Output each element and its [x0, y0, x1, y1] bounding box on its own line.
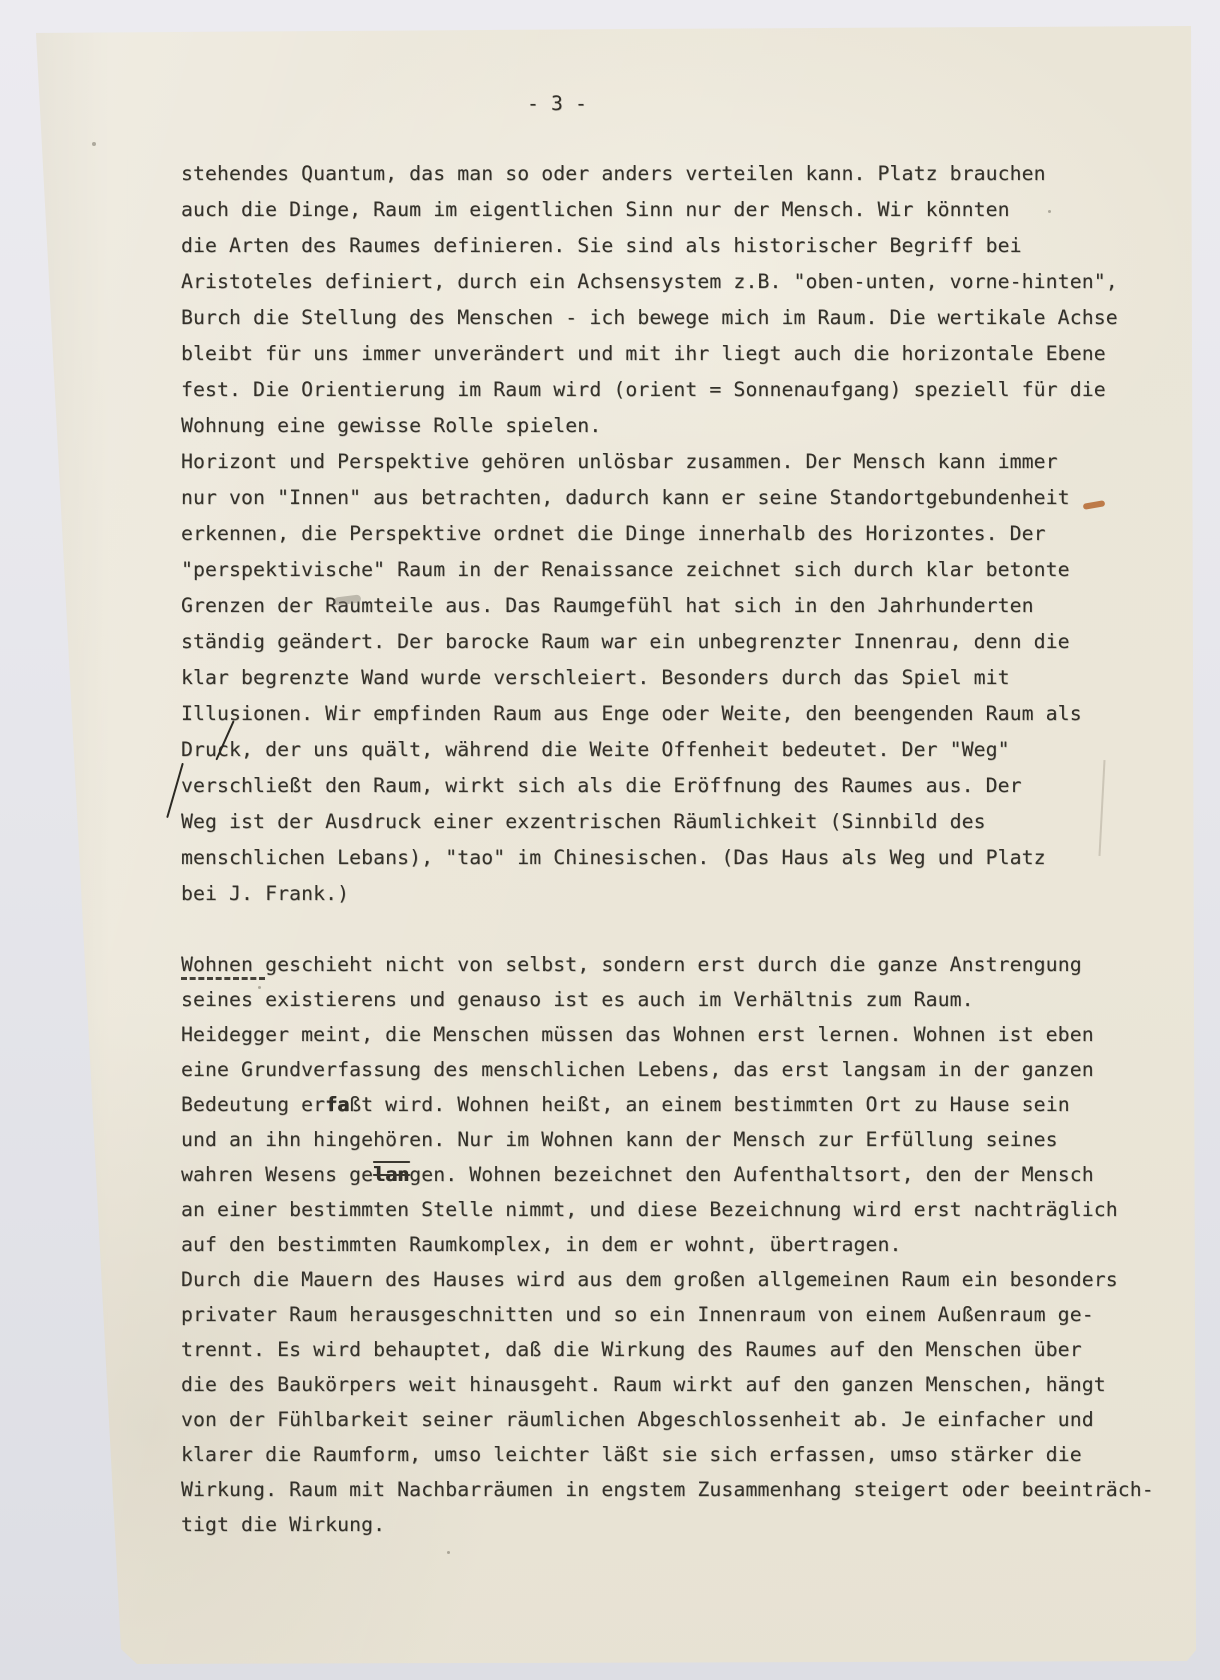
text-segment: auf den bestimmten Raumkomplex, in dem e…	[181, 1233, 902, 1256]
text-segment: auch die Dinge, Raum im eigentlichen Sin…	[181, 198, 1010, 221]
text-line: Horizont und Perspektive gehören unlösba…	[181, 444, 1118, 480]
text-line: auch die Dinge, Raum im eigentlichen Sin…	[181, 192, 1118, 228]
text-segment: tigt die Wirkung.	[181, 1513, 385, 1536]
text-segment: menschlichen Lebans), "tao" im Chinesisc…	[181, 846, 1046, 869]
text-segment: Illusionen. Wir empfinden Raum aus Enge …	[181, 702, 1082, 725]
paragraph-raum: stehendes Quantum, das man so oder ander…	[181, 156, 1118, 912]
text-segment: gen. Wohnen bezeichnet den Aufenthaltsor…	[409, 1163, 1094, 1186]
text-line: klarer die Raumform, umso leichter läßt …	[181, 1437, 1154, 1472]
text-segment: bei J. Frank.)	[181, 882, 349, 905]
text-segment: seines existierens und genauso ist es au…	[181, 988, 974, 1011]
text-line: die Arten des Raumes definieren. Sie sin…	[181, 228, 1118, 264]
text-line: nur von "Innen" aus betrachten, dadurch …	[181, 480, 1118, 516]
text-segment: Durch die Mauern des Hauses wird aus dem…	[181, 1268, 1118, 1291]
scanner-background: - 3 - stehendes Quantum, das man so oder…	[0, 0, 1220, 1680]
text-line: menschlichen Lebans), "tao" im Chinesisc…	[181, 840, 1118, 876]
text-segment: nur von "Innen" aus betrachten, dadurch …	[181, 486, 1070, 509]
paragraph-wohnen: Wohnen geschieht nicht von selbst, sonde…	[181, 947, 1154, 1542]
text-segment: ßt wird. Wohnen heißt, an einem bestimmt…	[349, 1093, 1070, 1116]
text-segment: fest. Die Orientierung im Raum wird (ori…	[181, 378, 1106, 401]
text-line: klar begrenzte Wand wurde verschleiert. …	[181, 660, 1118, 696]
text-line: verschließt den Raum, wirkt sich als die…	[181, 768, 1118, 804]
text-segment: Wirkung. Raum mit Nachbarräumen in engst…	[181, 1478, 1154, 1501]
text-line: die des Baukörpers weit hinausgeht. Raum…	[181, 1367, 1154, 1402]
text-line: "perspektivische" Raum in der Renaissanc…	[181, 552, 1118, 588]
text-line: Wohnen geschieht nicht von selbst, sonde…	[181, 947, 1154, 982]
text-line: Bedeutung erfaßt wird. Wohnen heißt, an …	[181, 1087, 1154, 1122]
text-line: stehendes Quantum, das man so oder ander…	[181, 156, 1118, 192]
text-line: Druck, der uns quält, während die Weite …	[181, 732, 1118, 768]
text-segment: bleibt für uns immer unverändert und mit…	[181, 342, 1106, 365]
text-line: bleibt für uns immer unverändert und mit…	[181, 336, 1118, 372]
text-segment: trennt. Es wird behauptet, daß die Wirku…	[181, 1338, 1082, 1361]
page-number: - 3 -	[527, 90, 587, 118]
marked-text-segment: lan	[373, 1163, 409, 1186]
text-segment: Aristoteles definiert, durch ein Achsens…	[181, 270, 1118, 293]
text-segment: geschieht nicht von selbst, sondern erst…	[265, 953, 1082, 976]
document-page: - 3 - stehendes Quantum, das man so oder…	[0, 0, 1220, 1680]
text-line: wahren Wesens gelangen. Wohnen bezeichne…	[181, 1157, 1154, 1192]
text-line: trennt. Es wird behauptet, daß die Wirku…	[181, 1332, 1154, 1367]
text-segment: eine Grundverfassung des menschlichen Le…	[181, 1058, 1094, 1081]
text-segment: ständig geändert. Der barocke Raum war e…	[181, 630, 1070, 653]
text-line: fest. Die Orientierung im Raum wird (ori…	[181, 372, 1118, 408]
text-segment: klarer die Raumform, umso leichter läßt …	[181, 1443, 1082, 1466]
text-line: seines existierens und genauso ist es au…	[181, 982, 1154, 1017]
text-segment: Wohnung eine gewisse Rolle spielen.	[181, 414, 601, 437]
text-line: Aristoteles definiert, durch ein Achsens…	[181, 264, 1118, 300]
text-segment: Heidegger meint, die Menschen müssen das…	[181, 1023, 1094, 1046]
text-segment: Druck, der uns quält, während die Weite …	[181, 738, 1010, 761]
marked-text-segment: fa	[325, 1093, 349, 1116]
text-line: tigt die Wirkung.	[181, 1507, 1154, 1542]
text-line: an einer bestimmten Stelle nimmt, und di…	[181, 1192, 1154, 1227]
text-segment: und an ihn hingehören. Nur im Wohnen kan…	[181, 1128, 1058, 1151]
text-line: bei J. Frank.)	[181, 876, 1118, 912]
text-segment: von der Fühlbarkeit seiner räumlichen Ab…	[181, 1408, 1094, 1431]
paper-speck	[258, 986, 261, 989]
text-segment: privater Raum herausgeschnitten und so e…	[181, 1303, 1094, 1326]
text-segment: verschließt den Raum, wirkt sich als die…	[181, 774, 1022, 797]
text-line: Illusionen. Wir empfinden Raum aus Enge …	[181, 696, 1118, 732]
text-line: von der Fühlbarkeit seiner räumlichen Ab…	[181, 1402, 1154, 1437]
marked-text-segment: Wohnen	[181, 953, 265, 980]
text-segment: klar begrenzte Wand wurde verschleiert. …	[181, 666, 1010, 689]
text-segment: an einer bestimmten Stelle nimmt, und di…	[181, 1198, 1118, 1221]
text-segment: die des Baukörpers weit hinausgeht. Raum…	[181, 1373, 1106, 1396]
text-segment: wahren Wesens ge	[181, 1163, 373, 1186]
text-line: ständig geändert. Der barocke Raum war e…	[181, 624, 1118, 660]
text-line: erkennen, die Perspektive ordnet die Din…	[181, 516, 1118, 552]
paper-speck	[1048, 210, 1051, 213]
paper-speck	[92, 142, 96, 146]
text-line: Heidegger meint, die Menschen müssen das…	[181, 1017, 1154, 1052]
text-segment: "perspektivische" Raum in der Renaissanc…	[181, 558, 1070, 581]
text-line: auf den bestimmten Raumkomplex, in dem e…	[181, 1227, 1154, 1262]
text-segment: stehendes Quantum, das man so oder ander…	[181, 162, 1046, 185]
text-line: Wohnung eine gewisse Rolle spielen.	[181, 408, 1118, 444]
text-segment: Burch die Stellung des Menschen - ich be…	[181, 306, 1118, 329]
text-segment: Bedeutung er	[181, 1093, 325, 1116]
text-segment: Grenzen der Raumteile aus. Das Raumgefüh…	[181, 594, 1034, 617]
text-line: Weg ist der Ausdruck einer exzentrischen…	[181, 804, 1118, 840]
text-segment: Horizont und Perspektive gehören unlösba…	[181, 450, 1058, 473]
paper-speck	[447, 1551, 450, 1554]
text-segment: Weg ist der Ausdruck einer exzentrischen…	[181, 810, 986, 833]
text-segment: die Arten des Raumes definieren. Sie sin…	[181, 234, 1022, 257]
text-line: Durch die Mauern des Hauses wird aus dem…	[181, 1262, 1154, 1297]
text-segment: erkennen, die Perspektive ordnet die Din…	[181, 522, 1046, 545]
text-line: eine Grundverfassung des menschlichen Le…	[181, 1052, 1154, 1087]
text-line: Grenzen der Raumteile aus. Das Raumgefüh…	[181, 588, 1118, 624]
text-line: Burch die Stellung des Menschen - ich be…	[181, 300, 1118, 336]
text-line: und an ihn hingehören. Nur im Wohnen kan…	[181, 1122, 1154, 1157]
text-line: Wirkung. Raum mit Nachbarräumen in engst…	[181, 1472, 1154, 1507]
text-line: privater Raum herausgeschnitten und so e…	[181, 1297, 1154, 1332]
